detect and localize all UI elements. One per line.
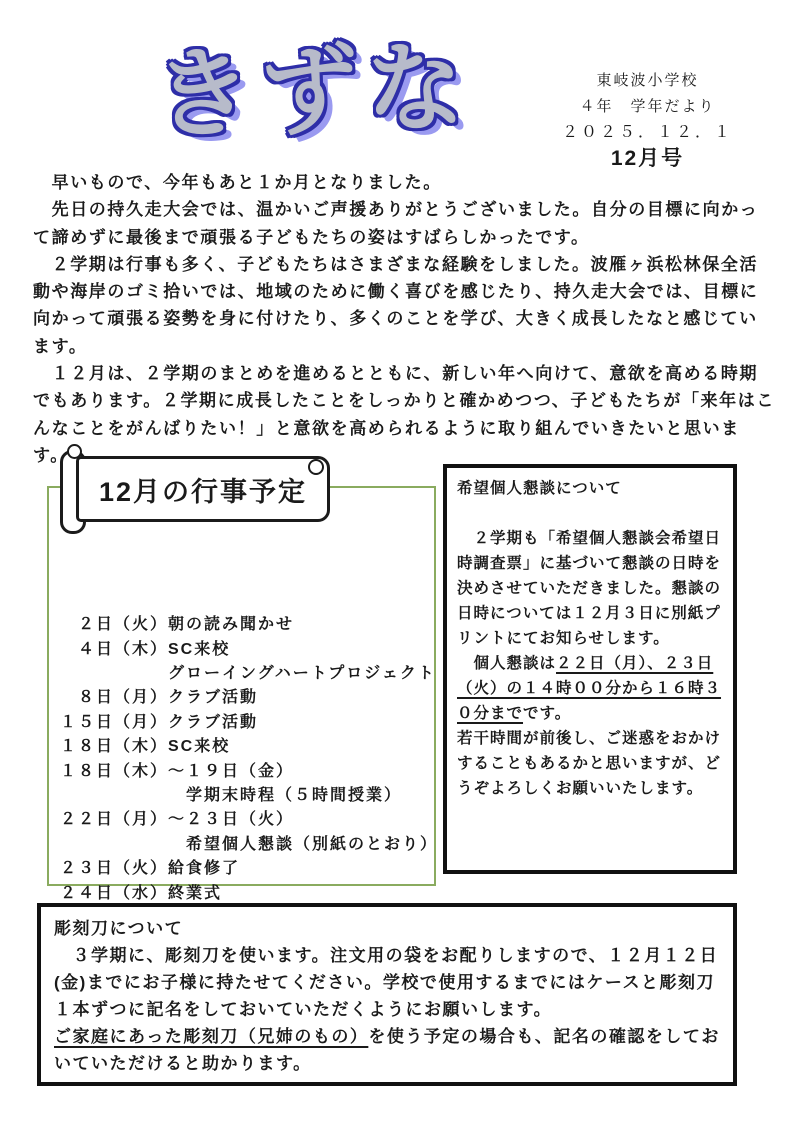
intro-text: 早いもので、今年もあと１か月となりました。 先日の持久走大会では、温かいご声援あ… (33, 169, 775, 469)
newsletter-page: きずな 東岐波小学校 ４年 学年だより ２０２５．１２．１ 12月号 早いもので… (0, 0, 800, 1130)
chokokuto-paragraph: ご家庭にあった彫刻刀（兄姉のもの）を使う予定の場合も、記名の確認をしておいていた… (54, 1023, 720, 1077)
schedule-banner: 12月の行事予定 (60, 445, 336, 533)
schedule-list: ２日（火）朝の読み聞かせ ４日（木）SC来校 グローイングハートプロジェクト ８… (60, 540, 430, 931)
issue-date: ２０２５．１２．１ (545, 120, 750, 146)
kondan-title: 希望個人懇談について (457, 476, 723, 501)
chokokuto-title: 彫刻刀について (54, 915, 720, 942)
schedule-item: １８日（木）SC来校 (60, 735, 430, 759)
newsletter-title: きずな (147, 34, 480, 150)
schedule-banner-title: 12月の行事予定 (99, 470, 307, 509)
schedule-item: 学期末時程（５時間授業） (60, 784, 430, 808)
intro-paragraph: 先日の持久走大会では、温かいご声援ありがとうございました。自分の目標に向かって諦… (33, 196, 775, 251)
school-name: 東岐波小学校 (545, 68, 750, 94)
schedule-item: ２３日（火）給食修了 (60, 857, 430, 881)
chokokuto-notice-box: 彫刻刀について ３学期に、彫刻刀を使います。注文用の袋をお配りしますので、１２月… (37, 903, 737, 1086)
intro-paragraph: ２学期は行事も多く、子どもたちはさまざまな経験をしました。波雁ヶ浜松林保全活動や… (33, 251, 775, 360)
kondan-text: 個人懇談は (457, 655, 556, 672)
kondan-paragraph: 若干時間が前後し、ご迷惑をおかけすることもあるかと思いますが、どうぞよろしくお願… (457, 726, 723, 801)
schedule-item: ２日（火）朝の読み聞かせ (60, 613, 430, 637)
kondan-paragraph: ２学期も「希望個人懇談会希望日時調査票」に基づいて懇談の日時を決めさせていただき… (457, 526, 723, 651)
kondan-paragraph: 個人懇談は２２日（月）、２３日（火）の１４時００分から１６時３０分までです。 (457, 651, 723, 726)
schedule-item: １５日（月）クラブ活動 (60, 711, 430, 735)
kondan-text: です。 (523, 705, 571, 722)
header-info-block: 東岐波小学校 ４年 学年だより ２０２５．１２．１ 12月号 (545, 68, 750, 172)
schedule-item: 希望個人懇談（別紙のとおり） (60, 833, 430, 857)
schedule-item: ４日（木）SC来校 (60, 638, 430, 662)
chokokuto-underlined: ご家庭にあった彫刻刀（兄姉のもの） (54, 1027, 368, 1046)
schedule-banner-body: 12月の行事予定 (76, 456, 330, 522)
grade-line: ４年 学年だより (545, 94, 750, 120)
scroll-curl-icon (308, 459, 324, 475)
schedule-item: グローイングハートプロジェクト (60, 662, 430, 686)
schedule-item: ８日（月）クラブ活動 (60, 686, 430, 710)
chokokuto-paragraph: ３学期に、彫刻刀を使います。注文用の袋をお配りしますので、１２月１２日(金)まで… (54, 942, 720, 1023)
kondan-notice-box: 希望個人懇談について ２学期も「希望個人懇談会希望日時調査票」に基づいて懇談の日… (443, 464, 737, 874)
schedule-item: １８日（木）～１９日（金） (60, 760, 430, 784)
intro-paragraph: 早いもので、今年もあと１か月となりました。 (33, 169, 775, 196)
schedule-item: ２２日（月）～２３日（火） (60, 808, 430, 832)
